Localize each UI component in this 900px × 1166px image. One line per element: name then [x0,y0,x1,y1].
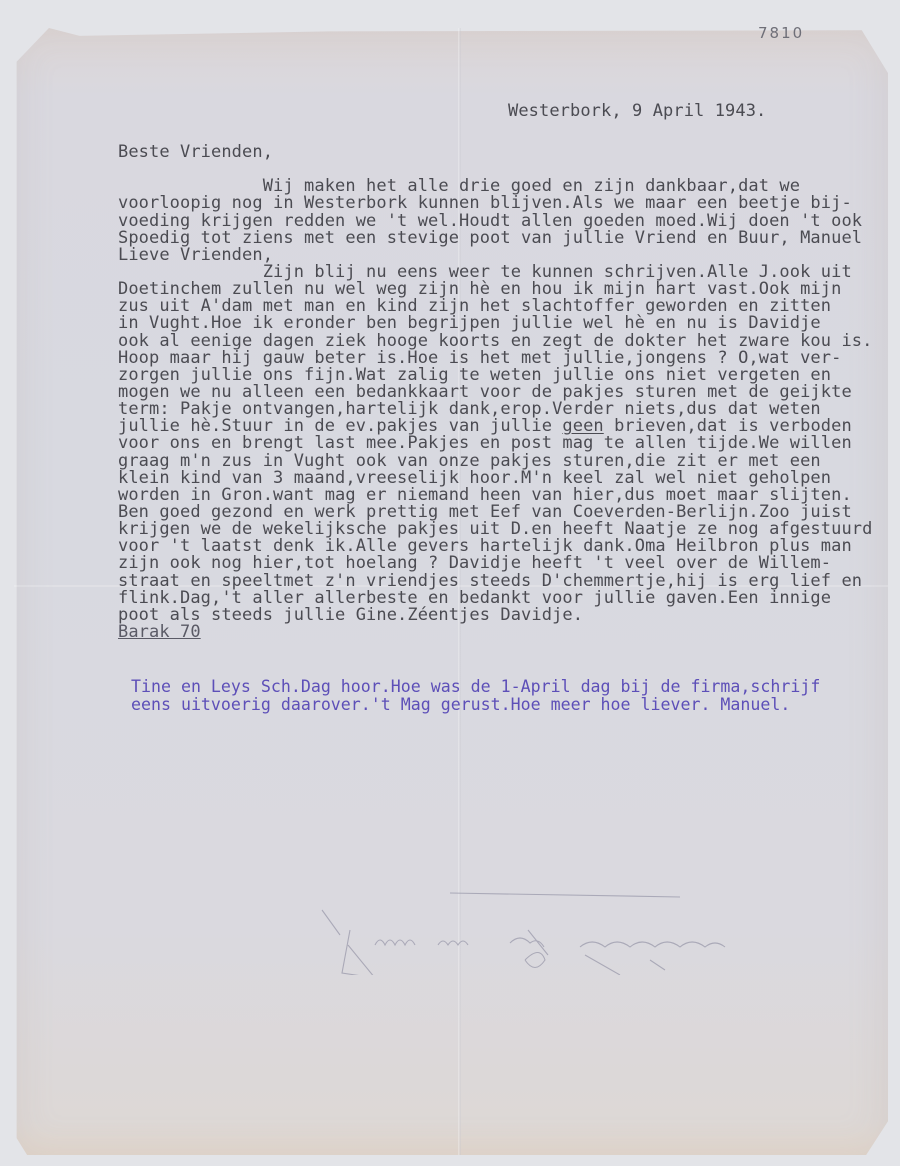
letter-body: Beste Vrienden, Wij maken het alle drie … [118,144,872,641]
barak-label: Barak 70 [118,624,872,641]
part2-block: Zijn blij nu eens weer te kunnen schrijv… [118,264,872,624]
part2-line: in Vught.Hoe ik eronder ben begrijpen ju… [118,315,872,332]
archive-number: 7810 [758,24,804,42]
postscript-line: eens uitvoerig daarover.'t Mag gerust.Ho… [131,696,820,714]
pencil-annotation [320,885,780,975]
postscript-line: Tine en Leys Sch.Dag hoor.Hoe was de 1-A… [131,678,820,696]
part2-line: voor ons en brengt last mee.Pakjes en po… [118,435,872,452]
part2-line: poot als steeds jullie Gine.Zéentjes Dav… [118,607,872,624]
part1-line: voorloopig nog in Westerbork kunnen blij… [118,195,872,212]
salutation: Beste Vrienden, [118,144,872,161]
part2-line: zijn ook nog hier,tot hoelang ? Davidje … [118,555,872,572]
postscript: Tine en Leys Sch.Dag hoor.Hoe was de 1-A… [131,678,820,713]
place-date: Westerbork, 9 April 1943. [508,103,766,120]
